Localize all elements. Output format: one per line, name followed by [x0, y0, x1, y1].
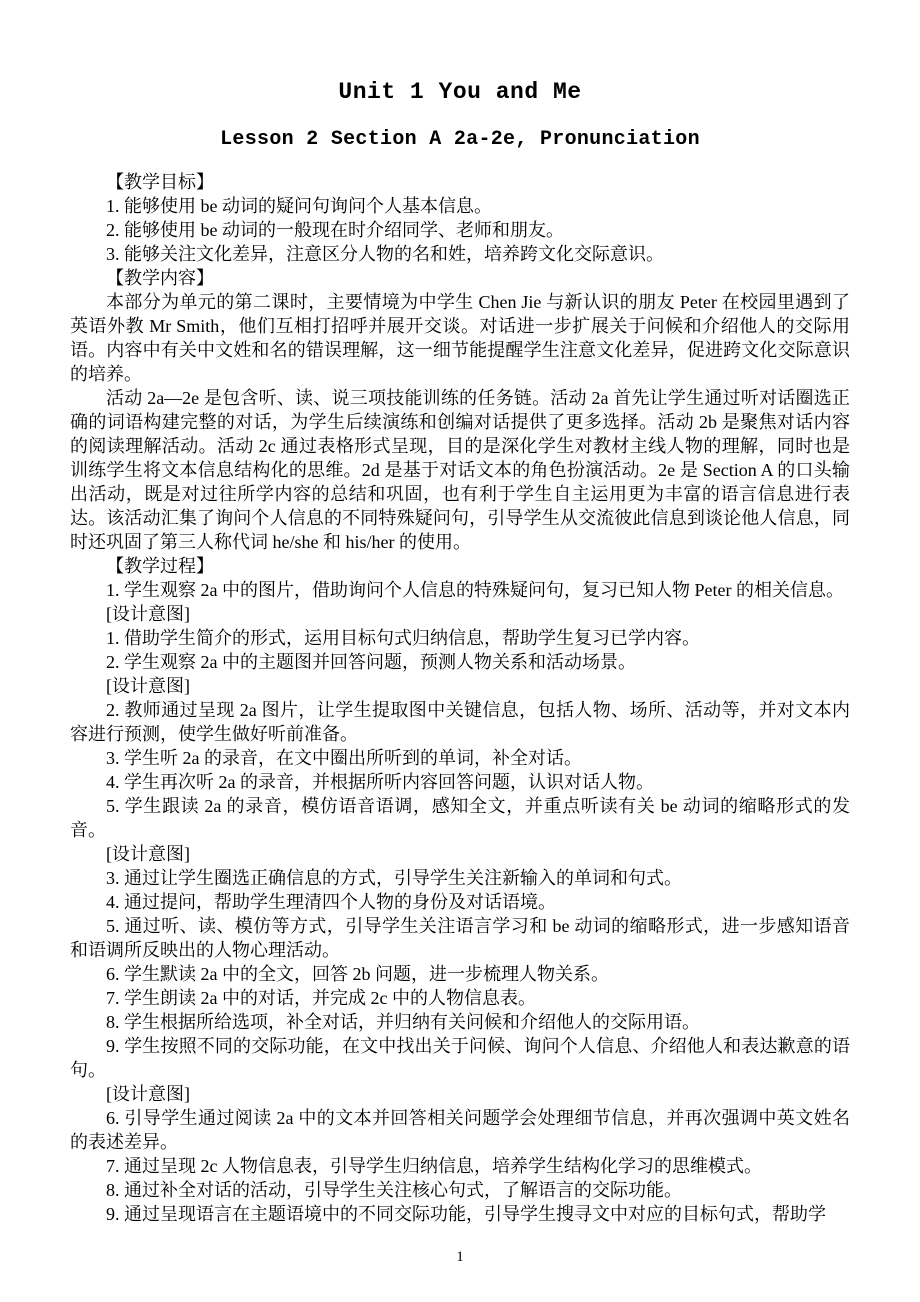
- design-intent-item: 2. 教师通过呈现 2a 图片，让学生提取图中关键信息，包括人物、场所、活动等，…: [70, 698, 850, 746]
- design-intent-item: 3. 通过让学生圈选正确信息的方式，引导学生关注新输入的单词和句式。: [70, 866, 850, 890]
- content-paragraph: 本部分为单元的第二课时，主要情境为中学生 Chen Jie 与新认识的朋友 Pe…: [70, 290, 850, 386]
- section-heading-teaching-process: 【教学过程】: [70, 554, 850, 578]
- design-intent-item: 1. 借助学生简介的形式，运用目标句式归纳信息，帮助学生复习已学内容。: [70, 626, 850, 650]
- design-intent-label: [设计意图]: [70, 1082, 850, 1106]
- design-intent-label: [设计意图]: [70, 602, 850, 626]
- process-step: 4. 学生再次听 2a 的录音，并根据所听内容回答问题，认识对话人物。: [70, 770, 850, 794]
- design-intent-item: 5. 通过听、读、模仿等方式，引导学生关注语言学习和 be 动词的缩略形式，进一…: [70, 914, 850, 962]
- design-intent-label: [设计意图]: [70, 842, 850, 866]
- process-step: 5. 学生跟读 2a 的录音，模仿语音语调，感知全文，并重点听读有关 be 动词…: [70, 794, 850, 842]
- objective-item: 2. 能够使用 be 动词的一般现在时介绍同学、老师和朋友。: [70, 218, 850, 242]
- design-intent-item: 8. 通过补全对话的活动，引导学生关注核心句式，了解语言的交际功能。: [70, 1178, 850, 1202]
- process-step: 9. 学生按照不同的交际功能，在文中找出关于问候、询问个人信息、介绍他人和表达歉…: [70, 1034, 850, 1082]
- design-intent-label: [设计意图]: [70, 674, 850, 698]
- document-title: Unit 1 You and Me: [0, 0, 920, 106]
- process-step: 7. 学生朗读 2a 中的对话，并完成 2c 中的人物信息表。: [70, 986, 850, 1010]
- section-heading-teaching-objectives: 【教学目标】: [70, 170, 850, 194]
- process-step: 1. 学生观察 2a 中的图片，借助询问个人信息的特殊疑问句，复习已知人物 Pe…: [70, 578, 850, 602]
- objective-item: 1. 能够使用 be 动词的疑问句询问个人基本信息。: [70, 194, 850, 218]
- process-step: 3. 学生听 2a 的录音，在文中圈出所听到的单词，补全对话。: [70, 746, 850, 770]
- page-number: 1: [0, 1248, 920, 1266]
- design-intent-item: 6. 引导学生通过阅读 2a 中的文本并回答相关问题学会处理细节信息，并再次强调…: [70, 1106, 850, 1154]
- section-heading-teaching-content: 【教学内容】: [70, 266, 850, 290]
- document-subtitle: Lesson 2 Section A 2a-2e, Pronunciation: [0, 128, 920, 152]
- document-body: 【教学目标】 1. 能够使用 be 动词的疑问句询问个人基本信息。 2. 能够使…: [70, 170, 850, 1226]
- process-step: 6. 学生默读 2a 中的全文，回答 2b 问题，进一步梳理人物关系。: [70, 962, 850, 986]
- document-page: Unit 1 You and Me Lesson 2 Section A 2a-…: [0, 0, 920, 1302]
- process-step: 8. 学生根据所给选项，补全对话，并归纳有关问候和介绍他人的交际用语。: [70, 1010, 850, 1034]
- objective-item: 3. 能够关注文化差异，注意区分人物的名和姓，培养跨文化交际意识。: [70, 242, 850, 266]
- design-intent-item: 4. 通过提问，帮助学生理清四个人物的身份及对话语境。: [70, 890, 850, 914]
- design-intent-item: 7. 通过呈现 2c 人物信息表，引导学生归纳信息，培养学生结构化学习的思维模式…: [70, 1154, 850, 1178]
- process-step: 2. 学生观察 2a 中的主题图并回答问题，预测人物关系和活动场景。: [70, 650, 850, 674]
- design-intent-item: 9. 通过呈现语言在主题语境中的不同交际功能，引导学生搜寻文中对应的目标句式，帮…: [70, 1202, 850, 1226]
- content-paragraph: 活动 2a—2e 是包含听、读、说三项技能训练的任务链。活动 2a 首先让学生通…: [70, 386, 850, 554]
